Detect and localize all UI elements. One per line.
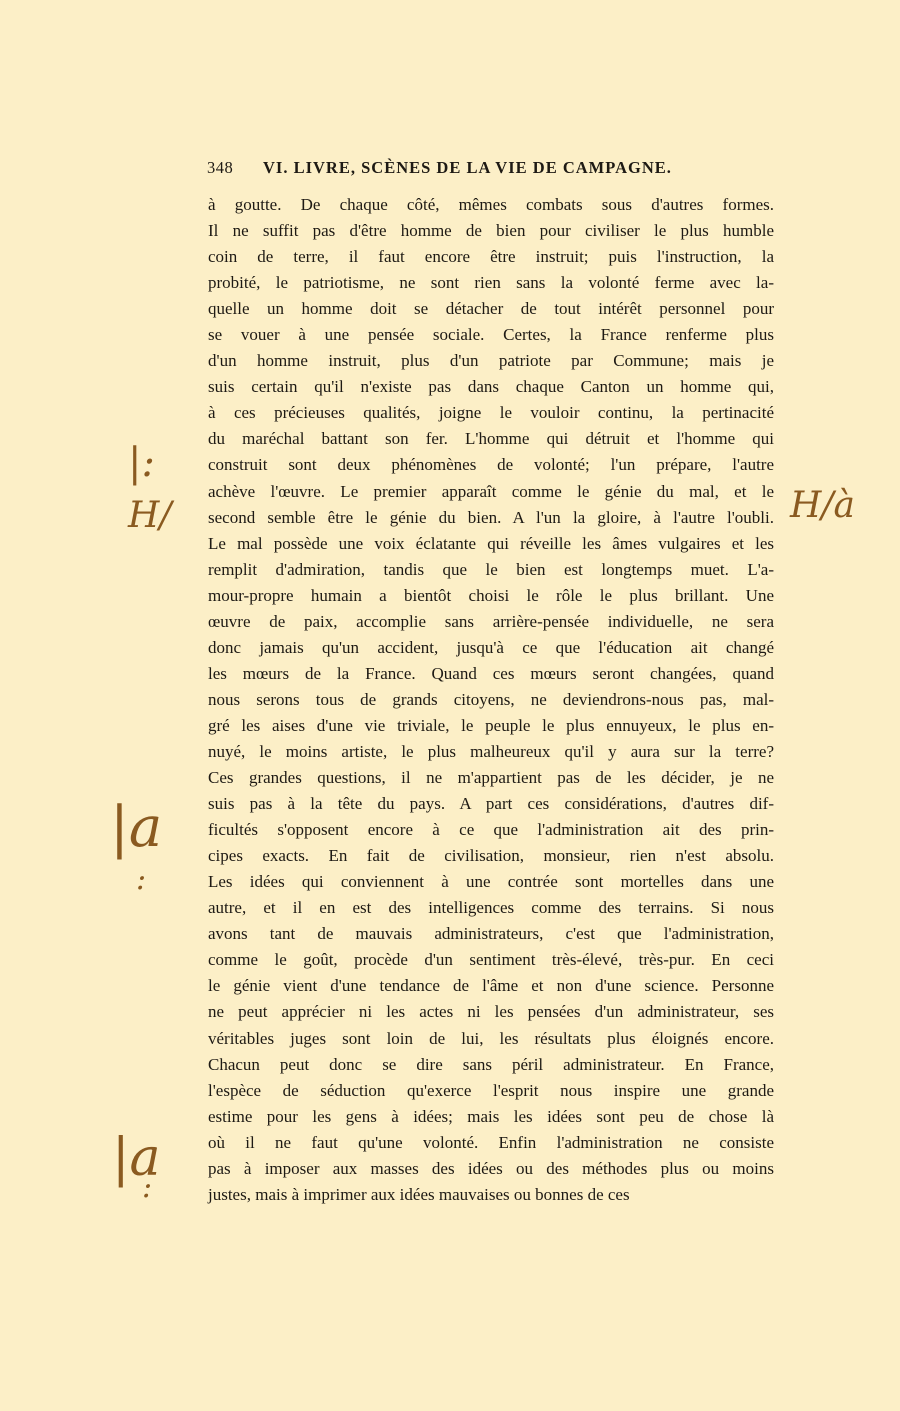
margin-annotation: H/: [128, 495, 172, 536]
margin-annotation: |:: [128, 440, 155, 486]
text-line: Ces grandes questions, il ne m'appartien…: [208, 765, 774, 791]
text-line: gré les aises d'une vie triviale, le peu…: [208, 713, 774, 739]
text-line: d'un homme instruit, plus d'un patriote …: [208, 348, 774, 374]
text-line: autre, et il en est des intelligences co…: [208, 895, 774, 921]
text-line: suis pas à la tête du pays. A part ces c…: [208, 791, 774, 817]
margin-annotation: :: [142, 1170, 152, 1205]
page-number: 348: [207, 158, 233, 178]
text-line: du maréchal battant son fer. L'homme qui…: [208, 426, 774, 452]
text-line: quelle un homme doit se détacher de tout…: [208, 296, 774, 322]
text-line: œuvre de paix, accomplie sans arrière-pe…: [208, 609, 774, 635]
text-line: nuyé, le moins artiste, le plus malheure…: [208, 739, 774, 765]
margin-annotation: :: [136, 862, 146, 897]
text-line: à ces précieuses qualités, joigne le vou…: [208, 400, 774, 426]
margin-annotation: |a: [110, 795, 162, 860]
running-title: VI. LIVRE, SCÈNES DE LA VIE DE CAMPAGNE.: [263, 158, 672, 178]
text-line: remplit d'admiration, tandis que le bien…: [208, 557, 774, 583]
text-line: ficultés s'opposent encore à ce que l'ad…: [208, 817, 774, 843]
text-line: Chacun peut donc se dire sans péril admi…: [208, 1052, 774, 1078]
text-line: coin de terre, il faut encore être instr…: [208, 244, 774, 270]
text-line: avons tant de mauvais administrateurs, c…: [208, 921, 774, 947]
text-line: Il ne suffit pas d'être homme de bien po…: [208, 218, 774, 244]
text-line: justes, mais à imprimer aux idées mauvai…: [208, 1182, 774, 1208]
text-line: nous serons tous de grands citoyens, ne …: [208, 687, 774, 713]
text-line: le génie vient d'une tendance de l'âme e…: [208, 973, 774, 999]
text-line: Le mal possède une voix éclatante qui ré…: [208, 531, 774, 557]
text-line: véritables juges sont loin de lui, les r…: [208, 1026, 774, 1052]
margin-annotation: |a: [112, 1128, 161, 1188]
body-text: à goutte. De chaque côté, mêmes combats …: [208, 192, 774, 1208]
text-line: l'espèce de séduction qu'exerce l'esprit…: [208, 1078, 774, 1104]
scanned-page: 348 VI. LIVRE, SCÈNES DE LA VIE DE CAMPA…: [0, 0, 900, 1411]
text-line: comme le goût, procède d'un sentiment tr…: [208, 947, 774, 973]
text-line: donc jamais qu'un accident, jusqu'à ce q…: [208, 635, 774, 661]
text-line: les mœurs de la France. Quand ces mœurs …: [208, 661, 774, 687]
text-line: à goutte. De chaque côté, mêmes combats …: [208, 192, 774, 218]
text-line: pas à imposer aux masses des idées ou de…: [208, 1156, 774, 1182]
text-line: mour-propre humain a bientôt choisi le r…: [208, 583, 774, 609]
text-line: où il ne faut qu'une volonté. Enfin l'ad…: [208, 1130, 774, 1156]
text-line: suis certain qu'il n'existe pas dans cha…: [208, 374, 774, 400]
text-line: estime pour les gens à idées; mais les i…: [208, 1104, 774, 1130]
text-line: Les idées qui conviennent à une contrée …: [208, 869, 774, 895]
text-line: construit sont deux phénomènes de volont…: [208, 452, 774, 478]
text-line: probité, le patriotisme, ne sont rien sa…: [208, 270, 774, 296]
text-line: ne peut apprécier ni les actes ni les pe…: [208, 999, 774, 1025]
text-line: second semble être le génie du bien. A l…: [208, 505, 774, 531]
text-line: achève l'œuvre. Le premier apparaît comm…: [208, 479, 774, 505]
text-line: se vouer à une pensée sociale. Certes, l…: [208, 322, 774, 348]
margin-annotation: H/à: [790, 485, 855, 526]
text-line: cipes exacts. En fait de civilisation, m…: [208, 843, 774, 869]
